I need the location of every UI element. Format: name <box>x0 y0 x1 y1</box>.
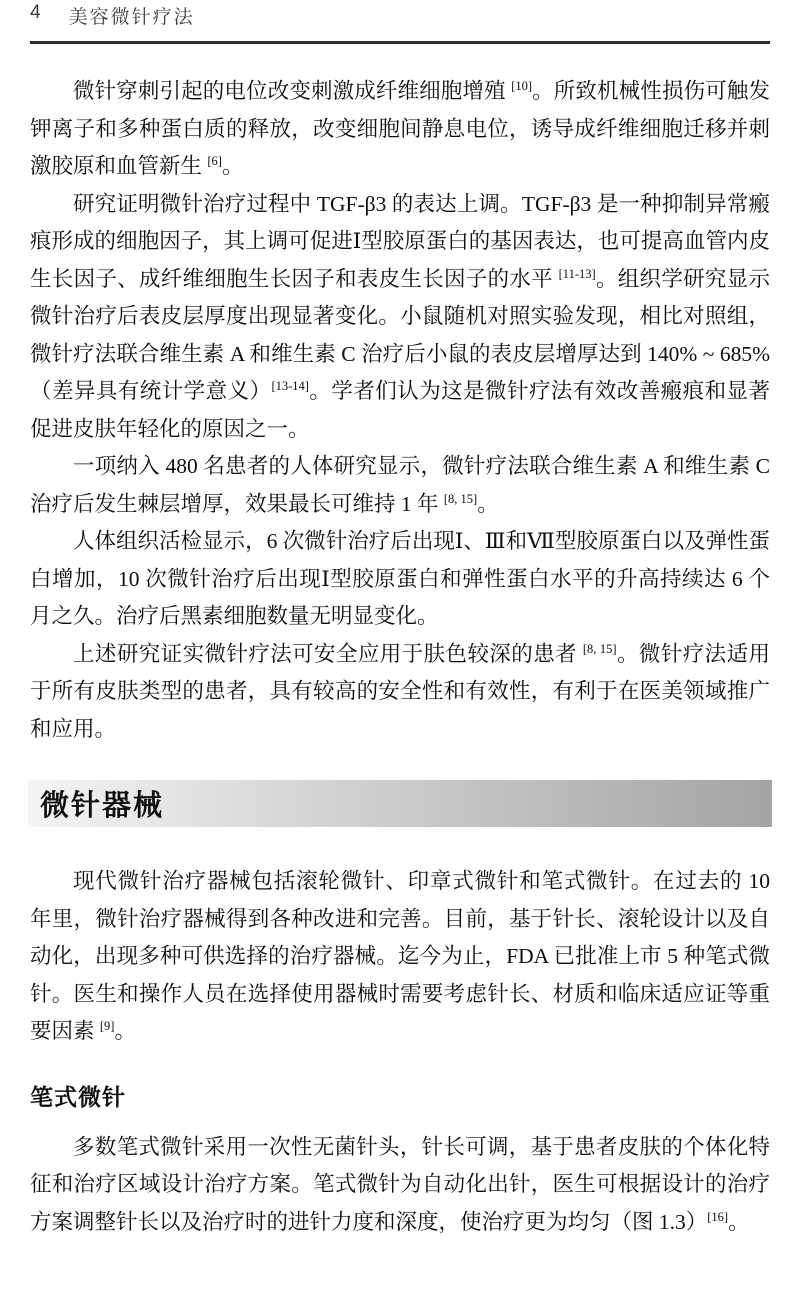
citation-superscript: [8, 15] <box>583 641 617 655</box>
section-banner-title: 微针器械 <box>40 783 164 824</box>
body-text-block-1: 微针穿刺引起的电位改变刺激成纤维细胞增殖 [10]。所致机械性损伤可触发钾离子和… <box>30 73 770 748</box>
paragraph-modern-devices: 现代微针治疗器械包括滚轮微针、印章式微针和笔式微针。在过去的 10 年里，微针治… <box>30 863 770 1051</box>
paragraph-electric-potential: 微针穿刺引起的电位改变刺激成纤维细胞增殖 [10]。所致机械性损伤可触发钾离子和… <box>30 73 770 186</box>
citation-superscript: [11-13] <box>559 266 596 280</box>
body-text-block-3: 多数笔式微针采用一次性无菌针头，针长可调，基于患者皮肤的个体化特征和治疗区域设计… <box>30 1129 770 1242</box>
paragraph-safety: 上述研究证实微针疗法可安全应用于肤色较深的患者 [8, 15]。微针疗法适用于所… <box>30 636 770 749</box>
paragraph-pen-microneedle: 多数笔式微针采用一次性无菌针头，针长可调，基于患者皮肤的个体化特征和治疗区域设计… <box>30 1129 770 1242</box>
running-head: 4 美容微针疗法 <box>30 0 770 41</box>
subheading-pen-microneedle: 笔式微针 <box>30 1083 770 1113</box>
paragraph-tgf-b3: 研究证明微针治疗过程中 TGF-β3 的表达上调。TGF-β3 是一种抑制异常瘢… <box>30 186 770 449</box>
citation-superscript: [16] <box>707 1209 728 1223</box>
citation-superscript: [8, 15] <box>444 491 477 505</box>
header-rule <box>30 41 770 44</box>
book-page: 4 美容微针疗法 微针穿刺引起的电位改变刺激成纤维细胞增殖 [10]。所致机械性… <box>0 0 800 1241</box>
page-number: 4 <box>30 2 43 24</box>
section-banner-microneedle-devices: 微针器械 <box>28 780 772 827</box>
paragraph-480-patients: 一项纳入 480 名患者的人体研究显示，微针疗法联合维生素 A 和维生素 C 治… <box>30 448 770 523</box>
running-head-title: 美容微针疗法 <box>69 2 195 29</box>
paragraph-biopsy: 人体组织活检显示，6 次微针治疗后出现Ⅰ、Ⅲ和Ⅶ型胶原蛋白以及弹性蛋白增加，10… <box>30 523 770 636</box>
citation-superscript: [9] <box>100 1019 115 1033</box>
citation-superscript: [6] <box>207 154 222 168</box>
body-text-block-2: 现代微针治疗器械包括滚轮微针、印章式微针和笔式微针。在过去的 10 年里，微针治… <box>30 863 770 1051</box>
citation-superscript: [13-14] <box>271 379 309 393</box>
citation-superscript: [10] <box>511 79 532 93</box>
